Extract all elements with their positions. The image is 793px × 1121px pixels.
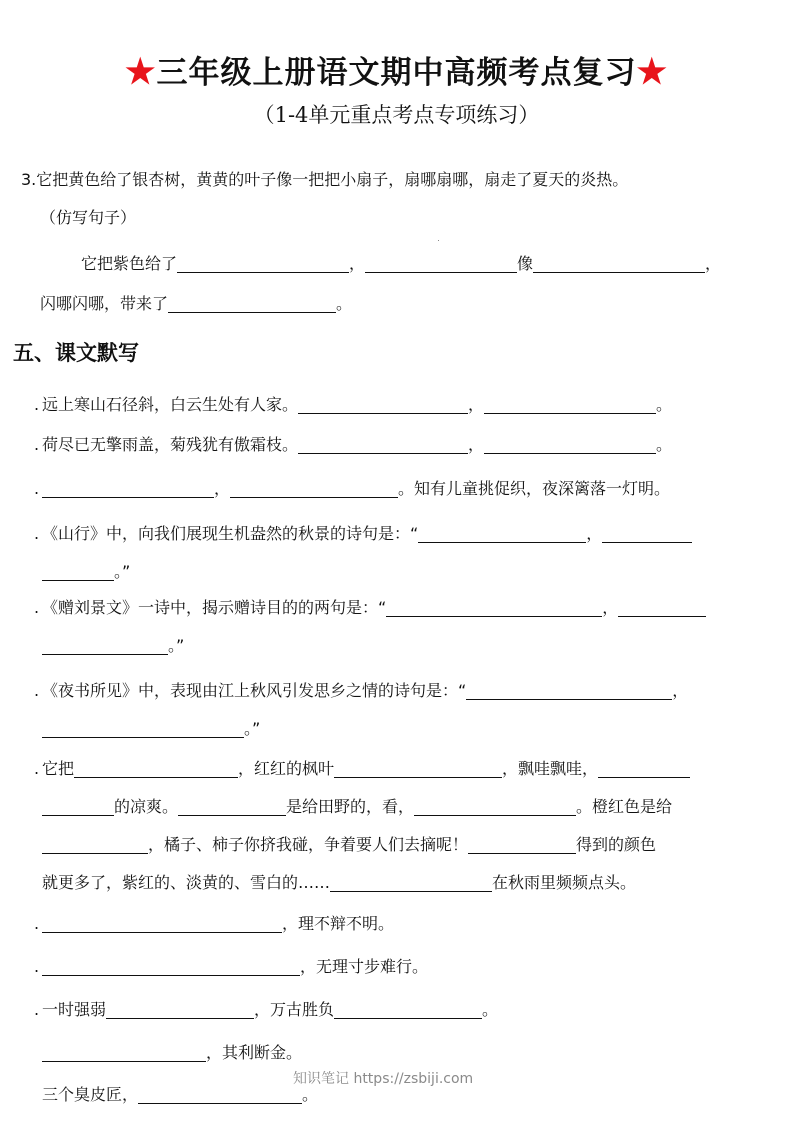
section-heading: 五、课文默写 (13, 338, 139, 368)
title-text: 三年级上册语文期中高频考点复习 (157, 55, 637, 91)
answer-blank[interactable] (466, 681, 672, 700)
answer-blank[interactable] (42, 562, 114, 581)
list-item-cont: 。” (42, 560, 130, 584)
list-item: .，。知有儿童挑促织，夜深篱落一灯明。 (34, 477, 670, 501)
list-item: .《山行》中，向我们展现生机盎然的秋景的诗句是：“， (34, 522, 692, 546)
star-icon: ★ (125, 52, 156, 92)
answer-blank[interactable] (414, 797, 576, 816)
list-item-cont: 。” (42, 717, 260, 741)
answer-blank[interactable] (42, 479, 214, 498)
answer-blank[interactable] (298, 435, 468, 454)
q3-instruction: （仿写句子） (40, 206, 136, 230)
list-item: .荷尽已无擎雨盖，菊残犹有傲霜枝。，。 (34, 433, 672, 457)
answer-blank[interactable] (418, 524, 586, 543)
list-item-cont: 。” (42, 634, 184, 658)
page-subtitle: （1-4单元重点考点专项练习） (0, 100, 793, 130)
answer-blank[interactable] (484, 435, 656, 454)
answer-blank[interactable] (42, 1043, 206, 1062)
q3-line2: 闪哪闪哪，带来了。 (40, 292, 352, 316)
answer-blank[interactable] (42, 719, 244, 738)
answer-blank[interactable] (334, 1000, 482, 1019)
answer-blank[interactable] (298, 395, 468, 414)
answer-blank[interactable] (168, 294, 336, 313)
answer-blank[interactable] (106, 1000, 254, 1019)
answer-blank[interactable] (533, 254, 705, 273)
answer-blank[interactable] (484, 395, 656, 414)
answer-blank[interactable] (42, 797, 114, 816)
answer-blank[interactable] (42, 957, 300, 976)
answer-blank[interactable] (42, 636, 168, 655)
list-item: .《夜书所见》中，表现由江上秋风引发思乡之情的诗句是：“， (34, 679, 688, 703)
list-item: 三个臭皮匠，。 (42, 1083, 318, 1107)
answer-blank[interactable] (178, 797, 286, 816)
answer-blank[interactable] (330, 873, 492, 892)
answer-blank[interactable] (468, 835, 576, 854)
list-item: .一时强弱，万古胜负。 (34, 998, 498, 1022)
cloze-line-2: 的凉爽。是给田野的，看，。橙红色是给 (42, 795, 672, 819)
page-title: ★三年级上册语文期中高频考点复习★ (0, 52, 793, 93)
list-item: ，其利断金。 (42, 1041, 302, 1065)
answer-blank[interactable] (386, 598, 602, 617)
answer-blank[interactable] (42, 914, 282, 933)
scan-speck (438, 240, 439, 241)
q3-prompt: 3.它把黄色给了银杏树，黄黄的叶子像一把把小扇子，扇哪扇哪，扇走了夏天的炎热。 (21, 168, 628, 192)
cloze-line-1: .它把，红红的枫叶，飘哇飘哇， (34, 757, 690, 781)
answer-blank[interactable] (334, 759, 502, 778)
q3-line1: 它把紫色给了，像， (81, 252, 721, 276)
list-item: .，无理寸步难行。 (34, 955, 428, 979)
answer-blank[interactable] (598, 759, 690, 778)
watermark: 知识笔记 https://zsbiji.com (293, 1069, 473, 1089)
star-icon: ★ (637, 52, 668, 92)
answer-blank[interactable] (177, 254, 349, 273)
answer-blank[interactable] (74, 759, 238, 778)
cloze-line-4: 就更多了，紫红的、淡黄的、雪白的……在秋雨里频频点头。 (42, 871, 636, 895)
cloze-line-3: ，橘子、柿子你挤我碰，争着要人们去摘呢！得到的颜色 (42, 833, 656, 857)
answer-blank[interactable] (602, 524, 692, 543)
list-item: .《赠刘景文》一诗中，揭示赠诗目的的两句是：“， (34, 596, 706, 620)
answer-blank[interactable] (42, 835, 148, 854)
answer-blank[interactable] (230, 479, 398, 498)
list-item: .远上寒山石径斜，白云生处有人家。，。 (34, 393, 672, 417)
list-item: .，理不辩不明。 (34, 912, 394, 936)
answer-blank[interactable] (138, 1085, 302, 1104)
answer-blank[interactable] (618, 598, 706, 617)
answer-blank[interactable] (365, 254, 517, 273)
